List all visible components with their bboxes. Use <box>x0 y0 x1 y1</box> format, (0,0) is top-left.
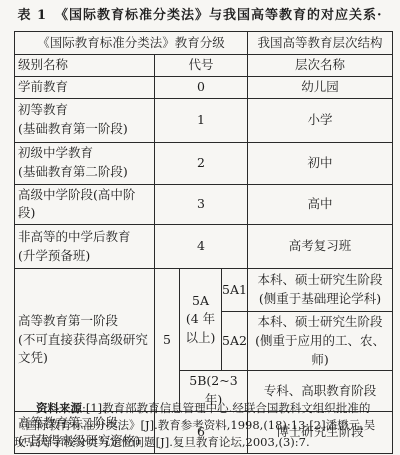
level-name: 初级中学教育(基础教育第二阶段) <box>15 142 155 184</box>
header-isced: 《国际教育标准分类法》教育分级 <box>15 32 248 55</box>
table-row: 初等教育(基础教育第一阶段) 1 小学 <box>15 98 393 142</box>
header-code: 代号 <box>155 55 248 77</box>
table-row: 高级中学阶段(高中阶段) 3 高中 <box>15 184 393 225</box>
table-number: 表 1 <box>17 8 47 23</box>
level-name-tertiary-first: 高等教育第一阶段 (不可直接获得高级研究 文凭) <box>15 269 155 412</box>
header-level-name: 级别名称 <box>15 55 155 77</box>
level-name: 高级中学阶段(高中阶段) <box>15 184 155 225</box>
isced-mapping-table: 《国际教育标准分类法》教育分级 我国高等教育层次结构 级别名称 代号 层次名称 … <box>14 31 393 454</box>
table-row: 非高等的中学后教育(升学预备班) 4 高考复习班 <box>15 225 393 269</box>
level-code: 4 <box>155 225 248 269</box>
source-label: 资料来源 <box>36 401 82 415</box>
sub-code-5a1: 5A1 <box>222 269 248 312</box>
table-row: 初级中学教育(基础教育第二阶段) 2 初中 <box>15 142 393 184</box>
level-code: 1 <box>155 98 248 142</box>
tier-name-5a2: 本科、硕士研究生阶段 (侧重于应用的工、农、师) <box>248 312 393 371</box>
level-code: 2 <box>155 142 248 184</box>
header-row-top: 《国际教育标准分类法》教育分级 我国高等教育层次结构 <box>15 32 393 55</box>
tier-name: 初中 <box>248 142 393 184</box>
sub-code-5a2: 5A2 <box>222 312 248 371</box>
level-name: 学前教育 <box>15 76 155 98</box>
tier-name-5a1: 本科、硕士研究生阶段 (侧重于基础理论学科) <box>248 269 393 312</box>
tier-name: 高考复习班 <box>248 225 393 269</box>
level-name: 非高等的中学后教育(升学预备班) <box>15 225 155 269</box>
header-china: 我国高等教育层次结构 <box>248 32 393 55</box>
table-title: 《国际教育标准分类法》与我国高等教育的对应关系· <box>55 8 383 23</box>
tier-name: 幼儿园 <box>248 76 393 98</box>
tier-name: 小学 <box>248 98 393 142</box>
level-code-5: 5 <box>155 269 180 412</box>
sub-code-5a: 5A (4 年 以上) <box>180 269 222 371</box>
tier-name: 高中 <box>248 184 393 225</box>
table-row: 学前教育 0 幼儿园 <box>15 76 393 98</box>
level-code: 0 <box>155 76 248 98</box>
header-row-cols: 级别名称 代号 层次名称 <box>15 55 393 77</box>
table-caption: 表 1《国际教育标准分类法》与我国高等教育的对应关系· <box>0 4 400 23</box>
level-name: 初等教育(基础教育第一阶段) <box>15 98 155 142</box>
level-code: 3 <box>155 184 248 225</box>
header-tier-name: 层次名称 <box>248 55 393 77</box>
source-notes: 资料来源:[1]教育部教育信息管理中心.经联合国教科文组织批准的《国际教育标准分… <box>14 400 388 451</box>
table-row-tertiary-5a1: 高等教育第一阶段 (不可直接获得高级研究 文凭) 5 5A (4 年 以上) 5… <box>15 269 393 312</box>
